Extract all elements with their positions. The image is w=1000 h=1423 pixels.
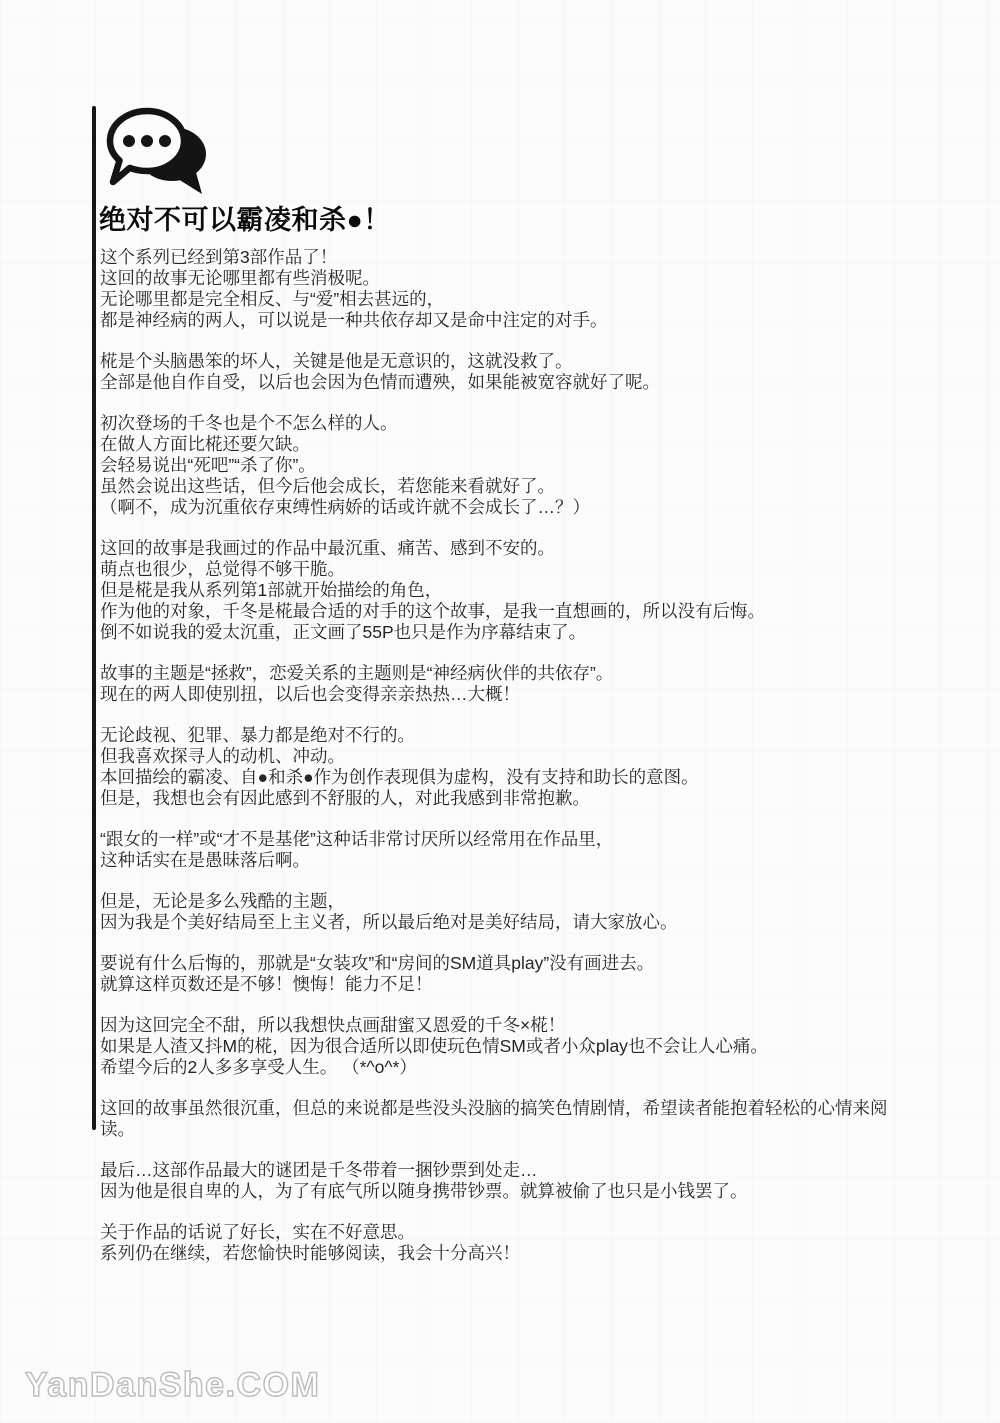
text-line: 在做人方面比椛还要欠缺。 bbox=[100, 434, 980, 455]
watermark: YanDanShe.COM bbox=[25, 1366, 320, 1405]
text-line: 但我喜欢探寻人的动机、冲动。 bbox=[100, 746, 980, 767]
afterword-body: 这个系列已经到第3部作品了！这回的故事无论哪里都有些消极呢。无论哪里都是完全相反… bbox=[100, 247, 980, 1284]
text-line: 萌点也很少，总觉得不够干脆。 bbox=[100, 559, 980, 580]
paragraph: 初次登场的千冬也是个不怎么样的人。在做人方面比椛还要欠缺。会轻易说出“死吧”“杀… bbox=[100, 413, 980, 518]
text-line: 要说有什么后悔的，那就是“女装攻”和“房间的SM道具play”没有画进去。 bbox=[100, 953, 980, 974]
paragraph: 这回的故事是我画过的作品中最沉重、痛苦、感到不安的。萌点也很少，总觉得不够干脆。… bbox=[100, 538, 980, 643]
text-line: 本回描绘的霸凌、自●和杀●作为创作表现俱为虚构，没有支持和助长的意图。 bbox=[100, 767, 980, 788]
text-line: 因为他是很自卑的人，为了有底气所以随身携带钞票。就算被偷了也只是小钱罢了。 bbox=[100, 1181, 980, 1202]
text-line: 希望今后的2人多多享受人生。 （*^o^*） bbox=[100, 1057, 980, 1078]
text-line: 初次登场的千冬也是个不怎么样的人。 bbox=[100, 413, 980, 434]
text-line: 但是椛是我从系列第1部就开始描绘的角色， bbox=[100, 580, 980, 601]
paragraph: 无论歧视、犯罪、暴力都是绝对不行的。但我喜欢探寻人的动机、冲动。本回描绘的霸凌、… bbox=[100, 725, 980, 809]
page-title: 绝对不可以霸凌和杀●！ bbox=[99, 198, 391, 237]
text-line: 但是，无论是多么残酷的主题， bbox=[100, 891, 980, 912]
paragraph: 最后…这部作品最大的谜团是千冬带着一捆钞票到处走…因为他是很自卑的人，为了有底气… bbox=[100, 1160, 980, 1202]
text-line: 但是，我想也会有因此感到不舒服的人，对此我感到非常抱歉。 bbox=[100, 788, 980, 809]
text-line: 系列仍在继续，若您愉快时能够阅读，我会十分高兴！ bbox=[100, 1243, 980, 1264]
text-line: 无论歧视、犯罪、暴力都是绝对不行的。 bbox=[100, 725, 980, 746]
text-line: 现在的两人即使别扭，以后也会变得亲亲热热…大概！ bbox=[100, 684, 980, 705]
paragraph: 要说有什么后悔的，那就是“女装攻”和“房间的SM道具play”没有画进去。就算这… bbox=[100, 953, 980, 995]
text-line: 这回的故事无论哪里都有些消极呢。 bbox=[100, 268, 980, 289]
paragraph: 椛是个头脑愚笨的坏人，关键是他是无意识的，这就没救了。全部是他自作自受，以后也会… bbox=[100, 351, 980, 393]
text-line: 如果是人渣又抖M的椛，因为很合适所以即使玩色情SM或者小众play也不会让人心痛… bbox=[100, 1036, 980, 1057]
text-line: 全部是他自作自受，以后也会因为色情而遭殃，如果能被宽容就好了呢。 bbox=[100, 372, 980, 393]
text-line: 虽然会说出这些话，但今后他会成长，若您能来看就好了。 bbox=[100, 476, 980, 497]
text-line: 这回的故事虽然很沉重，但总的来说都是些没头没脑的搞笑色情剧情，希望读者能抱着轻松… bbox=[100, 1098, 980, 1119]
text-line: 椛是个头脑愚笨的坏人，关键是他是无意识的，这就没救了。 bbox=[100, 351, 980, 372]
chat-bubbles-icon bbox=[104, 102, 212, 199]
text-line: 这个系列已经到第3部作品了！ bbox=[100, 247, 980, 268]
text-line: 无论哪里都是完全相反、与“爱”相去甚远的， bbox=[100, 289, 980, 310]
paragraph: 因为这回完全不甜，所以我想快点画甜蜜又恩爱的千冬×椛！如果是人渣又抖M的椛，因为… bbox=[100, 1015, 980, 1078]
text-line: 关于作品的话说了好长，实在不好意思。 bbox=[100, 1222, 980, 1243]
paragraph: 关于作品的话说了好长，实在不好意思。系列仍在继续，若您愉快时能够阅读，我会十分高… bbox=[100, 1222, 980, 1264]
text-line: 就算这样页数还是不够！懊悔！能力不足！ bbox=[100, 974, 980, 995]
paragraph: 这个系列已经到第3部作品了！这回的故事无论哪里都有些消极呢。无论哪里都是完全相反… bbox=[100, 247, 980, 331]
text-line: “跟女的一样”或“才不是基佬”这种话非常讨厌所以经常用在作品里， bbox=[100, 829, 980, 850]
paragraph: 故事的主题是“拯救”，恋爱关系的主题则是“神经病伙伴的共依存”。现在的两人即使别… bbox=[100, 663, 980, 705]
text-line: 会轻易说出“死吧”“杀了你”。 bbox=[100, 455, 980, 476]
text-line: 这回的故事是我画过的作品中最沉重、痛苦、感到不安的。 bbox=[100, 538, 980, 559]
decorative-left-rule bbox=[92, 106, 96, 1130]
text-line: 因为这回完全不甜，所以我想快点画甜蜜又恩爱的千冬×椛！ bbox=[100, 1015, 980, 1036]
paragraph: “跟女的一样”或“才不是基佬”这种话非常讨厌所以经常用在作品里，这种话实在是愚昧… bbox=[100, 829, 980, 871]
text-line: 最后…这部作品最大的谜团是千冬带着一捆钞票到处走… bbox=[100, 1160, 980, 1181]
paragraph: 但是，无论是多么残酷的主题，因为我是个美好结局至上主义者，所以最后绝对是美好结局… bbox=[100, 891, 980, 933]
text-line: 这种话实在是愚昧落后啊。 bbox=[100, 850, 980, 871]
text-line: 都是神经病的两人，可以说是一种共依存却又是命中注定的对手。 bbox=[100, 310, 980, 331]
text-line: 因为我是个美好结局至上主义者，所以最后绝对是美好结局，请大家放心。 bbox=[100, 912, 980, 933]
text-line: 读。 bbox=[100, 1119, 980, 1140]
text-line: （啊不，成为沉重依存束缚性病娇的话或许就不会成长了…？） bbox=[100, 497, 980, 518]
text-line: 故事的主题是“拯救”，恋爱关系的主题则是“神经病伙伴的共依存”。 bbox=[100, 663, 980, 684]
paragraph: 这回的故事虽然很沉重，但总的来说都是些没头没脑的搞笑色情剧情，希望读者能抱着轻松… bbox=[100, 1098, 980, 1140]
text-line: 作为他的对象，千冬是椛最合适的对手的这个故事，是我一直想画的，所以没有后悔。 bbox=[100, 601, 980, 622]
text-line: 倒不如说我的爱太沉重，正文画了55P也只是作为序幕结束了。 bbox=[100, 622, 980, 643]
